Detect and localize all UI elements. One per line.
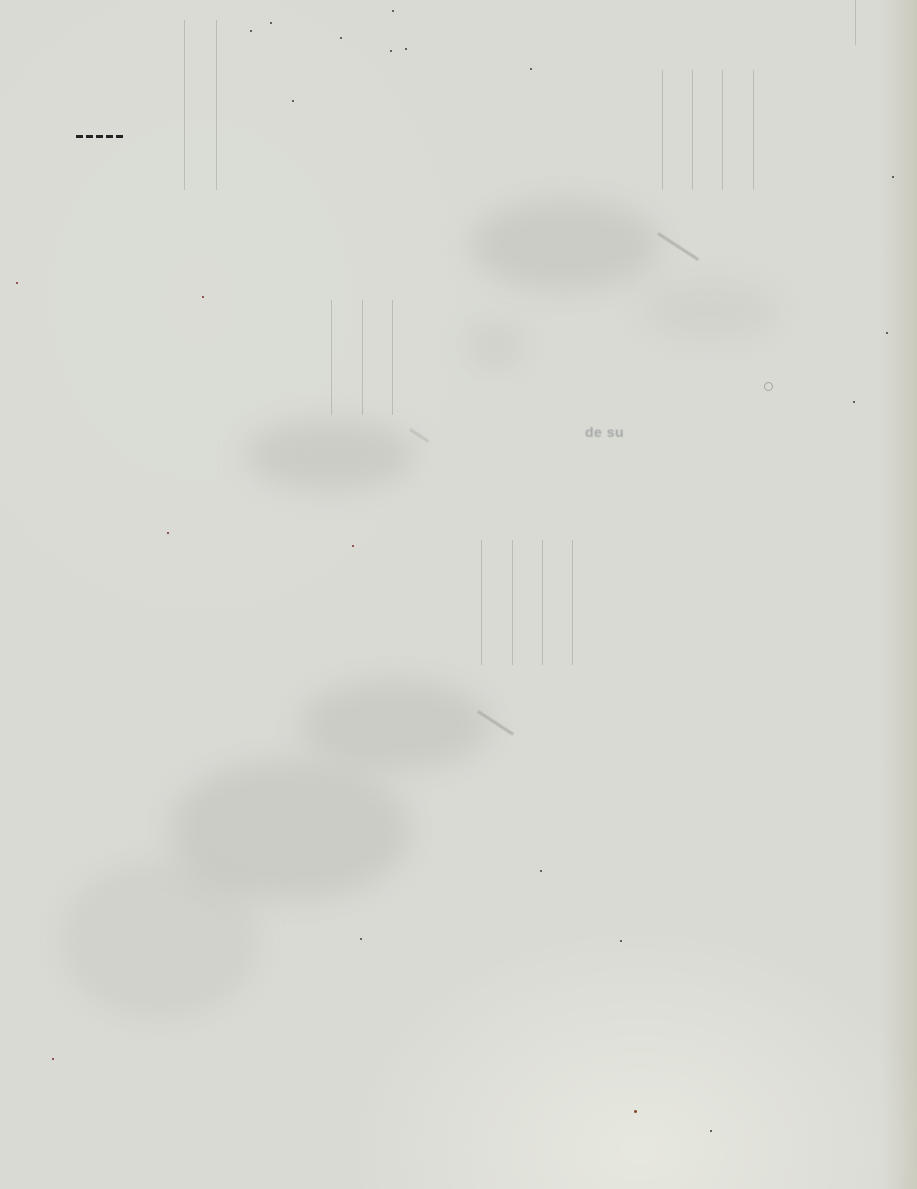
bleed-through-line xyxy=(481,540,482,665)
speck xyxy=(352,545,354,547)
speck xyxy=(710,1130,712,1132)
speck xyxy=(360,938,362,940)
bleed-through-shadow xyxy=(465,320,525,370)
speck xyxy=(886,332,888,334)
bleed-through-shadow xyxy=(470,200,660,290)
speck xyxy=(292,100,294,102)
bleed-through-line xyxy=(184,20,185,190)
bleed-through-line xyxy=(855,0,856,45)
speck xyxy=(634,1110,637,1113)
scanned-page: de su xyxy=(0,0,917,1189)
bleed-through-line xyxy=(362,300,363,415)
bleed-through-line xyxy=(331,300,332,415)
bleed-through-line xyxy=(662,70,663,190)
speck xyxy=(390,50,392,52)
speck xyxy=(202,296,204,298)
bleed-through-line xyxy=(722,70,723,190)
speck xyxy=(52,1058,54,1060)
bleed-through-line xyxy=(512,540,513,665)
ring-mark xyxy=(764,382,773,391)
bleed-through-line xyxy=(542,540,543,665)
bleed-through-line xyxy=(753,70,754,190)
bleed-through-shadow xyxy=(300,680,490,770)
speck xyxy=(853,401,855,403)
bleed-through-shadow xyxy=(60,860,260,1020)
bleed-through-line xyxy=(692,70,693,190)
bleed-through-line xyxy=(572,540,573,665)
dashed-mark xyxy=(76,135,126,138)
bleed-through-line xyxy=(216,20,217,190)
speck xyxy=(167,532,169,534)
speck xyxy=(540,870,542,872)
speck xyxy=(530,68,532,70)
speck xyxy=(405,48,407,50)
speck xyxy=(16,282,18,284)
speck xyxy=(250,30,252,32)
speck xyxy=(270,22,272,24)
bleed-through-shadow xyxy=(640,280,780,340)
bleed-through-text: de su xyxy=(585,424,624,440)
speck xyxy=(392,10,394,12)
bleed-through-shadow xyxy=(245,420,415,490)
bleed-through-line xyxy=(392,300,393,415)
speck xyxy=(892,176,894,178)
speck xyxy=(340,37,342,39)
speck xyxy=(620,940,622,942)
